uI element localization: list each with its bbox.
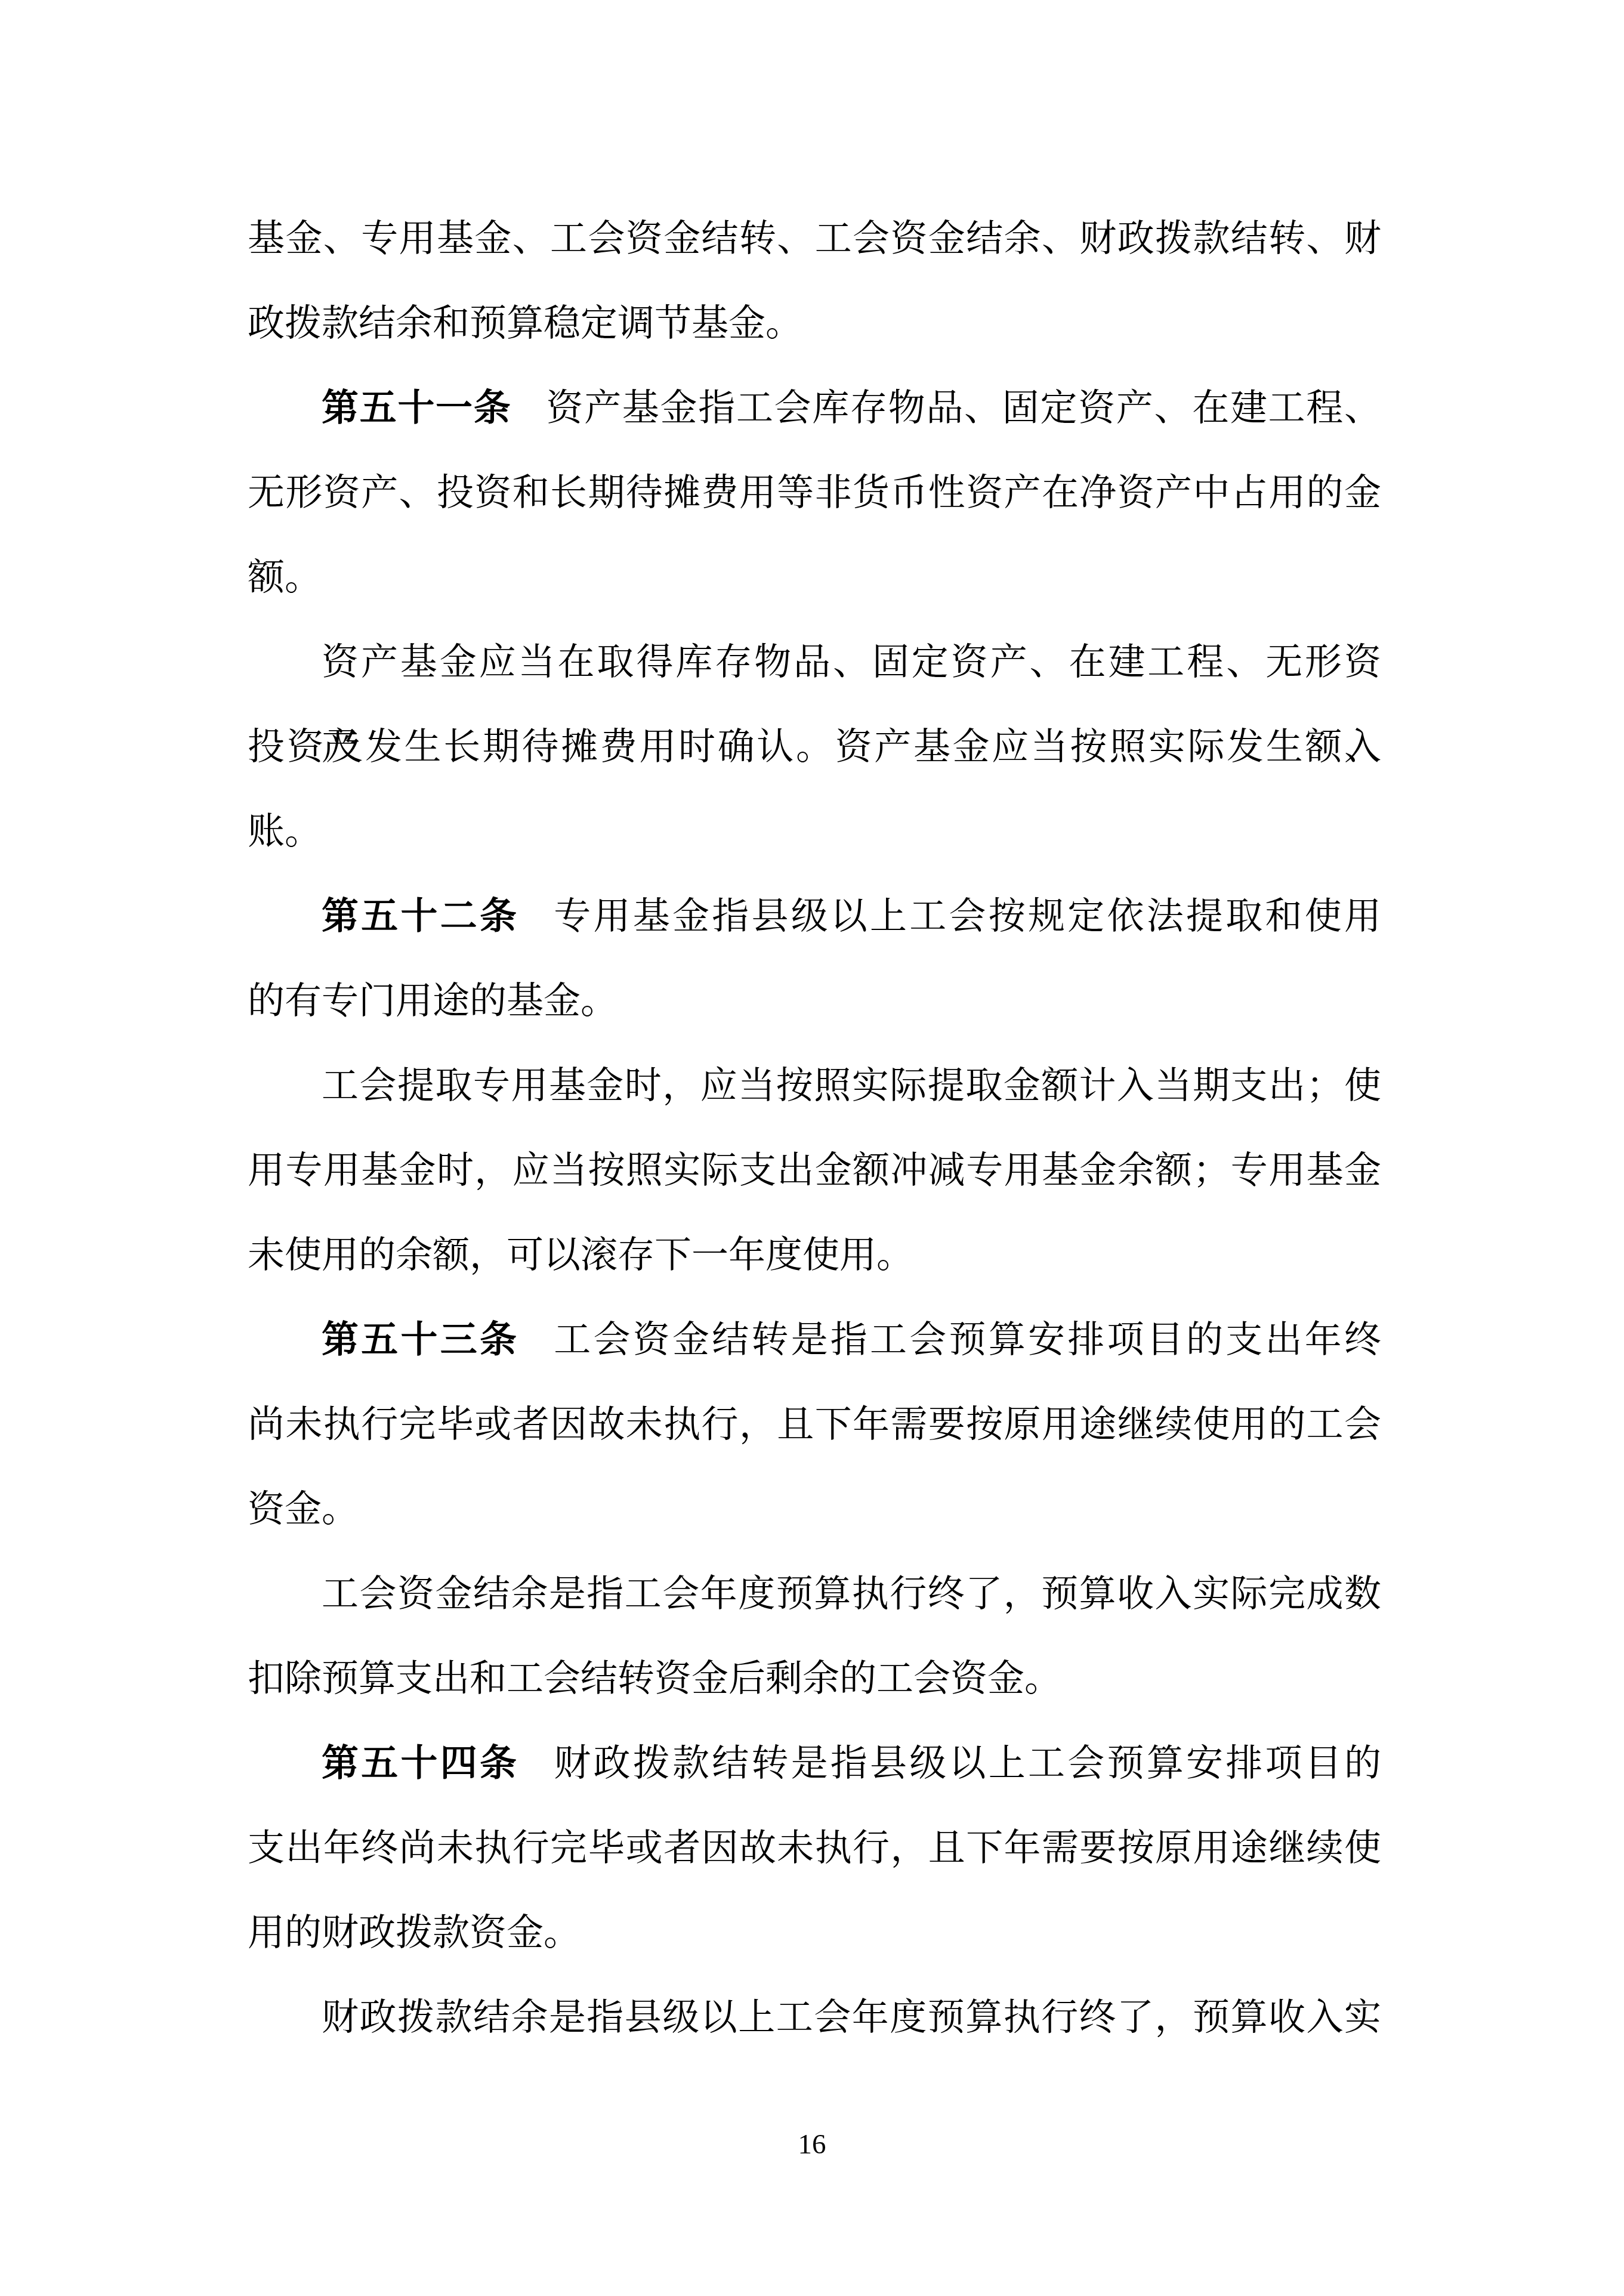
text-line: 财政拨款结余是指县级以上工会年度预算执行终了，预算收入实 <box>248 1976 1381 2060</box>
line-text: 工会资金结转是指工会预算安排项目的支出年终 <box>554 1320 1381 1361</box>
line-text: 投资及发生长期待摊费用时确认。资产基金应当按照实际发生额入 <box>248 727 1381 768</box>
line-text: 资金。 <box>248 1490 359 1530</box>
text-line: 尚未执行完毕或者因故未执行，且下年需要按原用途继续使用的工会 <box>248 1383 1381 1467</box>
line-text: 用的财政拨款资金。 <box>248 1913 581 1954</box>
line-text: 基金、专用基金、工会资金结转、工会资金结余、财政拨款结转、财 <box>248 219 1381 259</box>
text-line: 第五十三条工会资金结转是指工会预算安排项目的支出年终 <box>248 1298 1381 1383</box>
text-line: 工会提取专用基金时，应当按照实际提取金额计入当期支出；使 <box>248 1044 1381 1129</box>
text-line: 第五十一条资产基金指工会库存物品、固定资产、在建工程、 <box>248 366 1381 451</box>
line-text: 财政拨款结转是指县级以上工会预算安排项目的 <box>554 1744 1381 1784</box>
line-text: 工会资金结余是指工会年度预算执行终了，预算收入实际完成数 <box>322 1574 1381 1615</box>
line-text: 专用基金指县级以上工会按规定依法提取和使用 <box>554 897 1381 937</box>
article-number: 第五十三条 <box>322 1319 519 1361</box>
text-line: 第五十四条财政拨款结转是指县级以上工会预算安排项目的 <box>248 1722 1381 1806</box>
text-line: 基金、专用基金、工会资金结转、工会资金结余、财政拨款结转、财 <box>248 197 1381 282</box>
line-text: 扣除预算支出和工会结转资金后剩余的工会资金。 <box>248 1659 1061 1699</box>
line-text: 财政拨款结余是指县级以上工会年度预算执行终了，预算收入实 <box>322 1998 1381 2038</box>
document-page: 基金、专用基金、工会资金结转、工会资金结余、财政拨款结转、财 政拨款结余和预算稳… <box>0 0 1624 2296</box>
text-line: 扣除预算支出和工会结转资金后剩余的工会资金。 <box>248 1637 1381 1722</box>
text-line: 工会资金结余是指工会年度预算执行终了，预算收入实际完成数 <box>248 1552 1381 1637</box>
text-line: 用专用基金时，应当按照实际支出金额冲减专用基金余额；专用基金 <box>248 1129 1381 1213</box>
line-text: 支出年终尚未执行完毕或者因故未执行，且下年需要按原用途继续使 <box>248 1828 1381 1869</box>
text-line: 额。 <box>248 536 1381 620</box>
line-text: 未使用的余额，可以滚存下一年度使用。 <box>248 1235 913 1276</box>
text-block: 基金、专用基金、工会资金结转、工会资金结余、财政拨款结转、财 政拨款结余和预算稳… <box>248 197 1381 2060</box>
line-text: 额。 <box>248 558 322 598</box>
article-number: 第五十一条 <box>322 388 511 429</box>
line-text: 用专用基金时，应当按照实际支出金额冲减专用基金余额；专用基金 <box>248 1151 1381 1191</box>
text-line: 支出年终尚未执行完毕或者因故未执行，且下年需要按原用途继续使 <box>248 1806 1381 1891</box>
text-line: 投资及发生长期待摊费用时确认。资产基金应当按照实际发生额入 <box>248 705 1381 790</box>
text-line: 第五十二条专用基金指县级以上工会按规定依法提取和使用 <box>248 874 1381 959</box>
line-text: 资产基金指工会库存物品、固定资产、在建工程、 <box>546 388 1381 429</box>
line-text: 无形资产、投资和长期待摊费用等非货币性资产在净资产中占用的金 <box>248 473 1381 514</box>
text-line: 的有专门用途的基金。 <box>248 959 1381 1044</box>
text-line: 资产基金应当在取得库存物品、固定资产、在建工程、无形资产、 <box>248 620 1381 705</box>
text-line: 政拨款结余和预算稳定调节基金。 <box>248 282 1381 366</box>
text-line: 无形资产、投资和长期待摊费用等非货币性资产在净资产中占用的金 <box>248 451 1381 536</box>
line-text: 账。 <box>248 812 322 852</box>
article-number: 第五十二条 <box>322 896 519 937</box>
text-line: 未使用的余额，可以滚存下一年度使用。 <box>248 1213 1381 1298</box>
text-line: 用的财政拨款资金。 <box>248 1891 1381 1976</box>
text-line: 账。 <box>248 790 1381 874</box>
article-number: 第五十四条 <box>322 1743 519 1784</box>
line-text: 政拨款结余和预算稳定调节基金。 <box>248 304 802 344</box>
text-line: 资金。 <box>248 1467 1381 1552</box>
line-text: 的有专门用途的基金。 <box>248 981 618 1022</box>
line-text: 工会提取专用基金时，应当按照实际提取金额计入当期支出；使 <box>322 1066 1381 1107</box>
page-number: 16 <box>0 2124 1624 2165</box>
line-text: 尚未执行完毕或者因故未执行，且下年需要按原用途继续使用的工会 <box>248 1405 1381 1445</box>
